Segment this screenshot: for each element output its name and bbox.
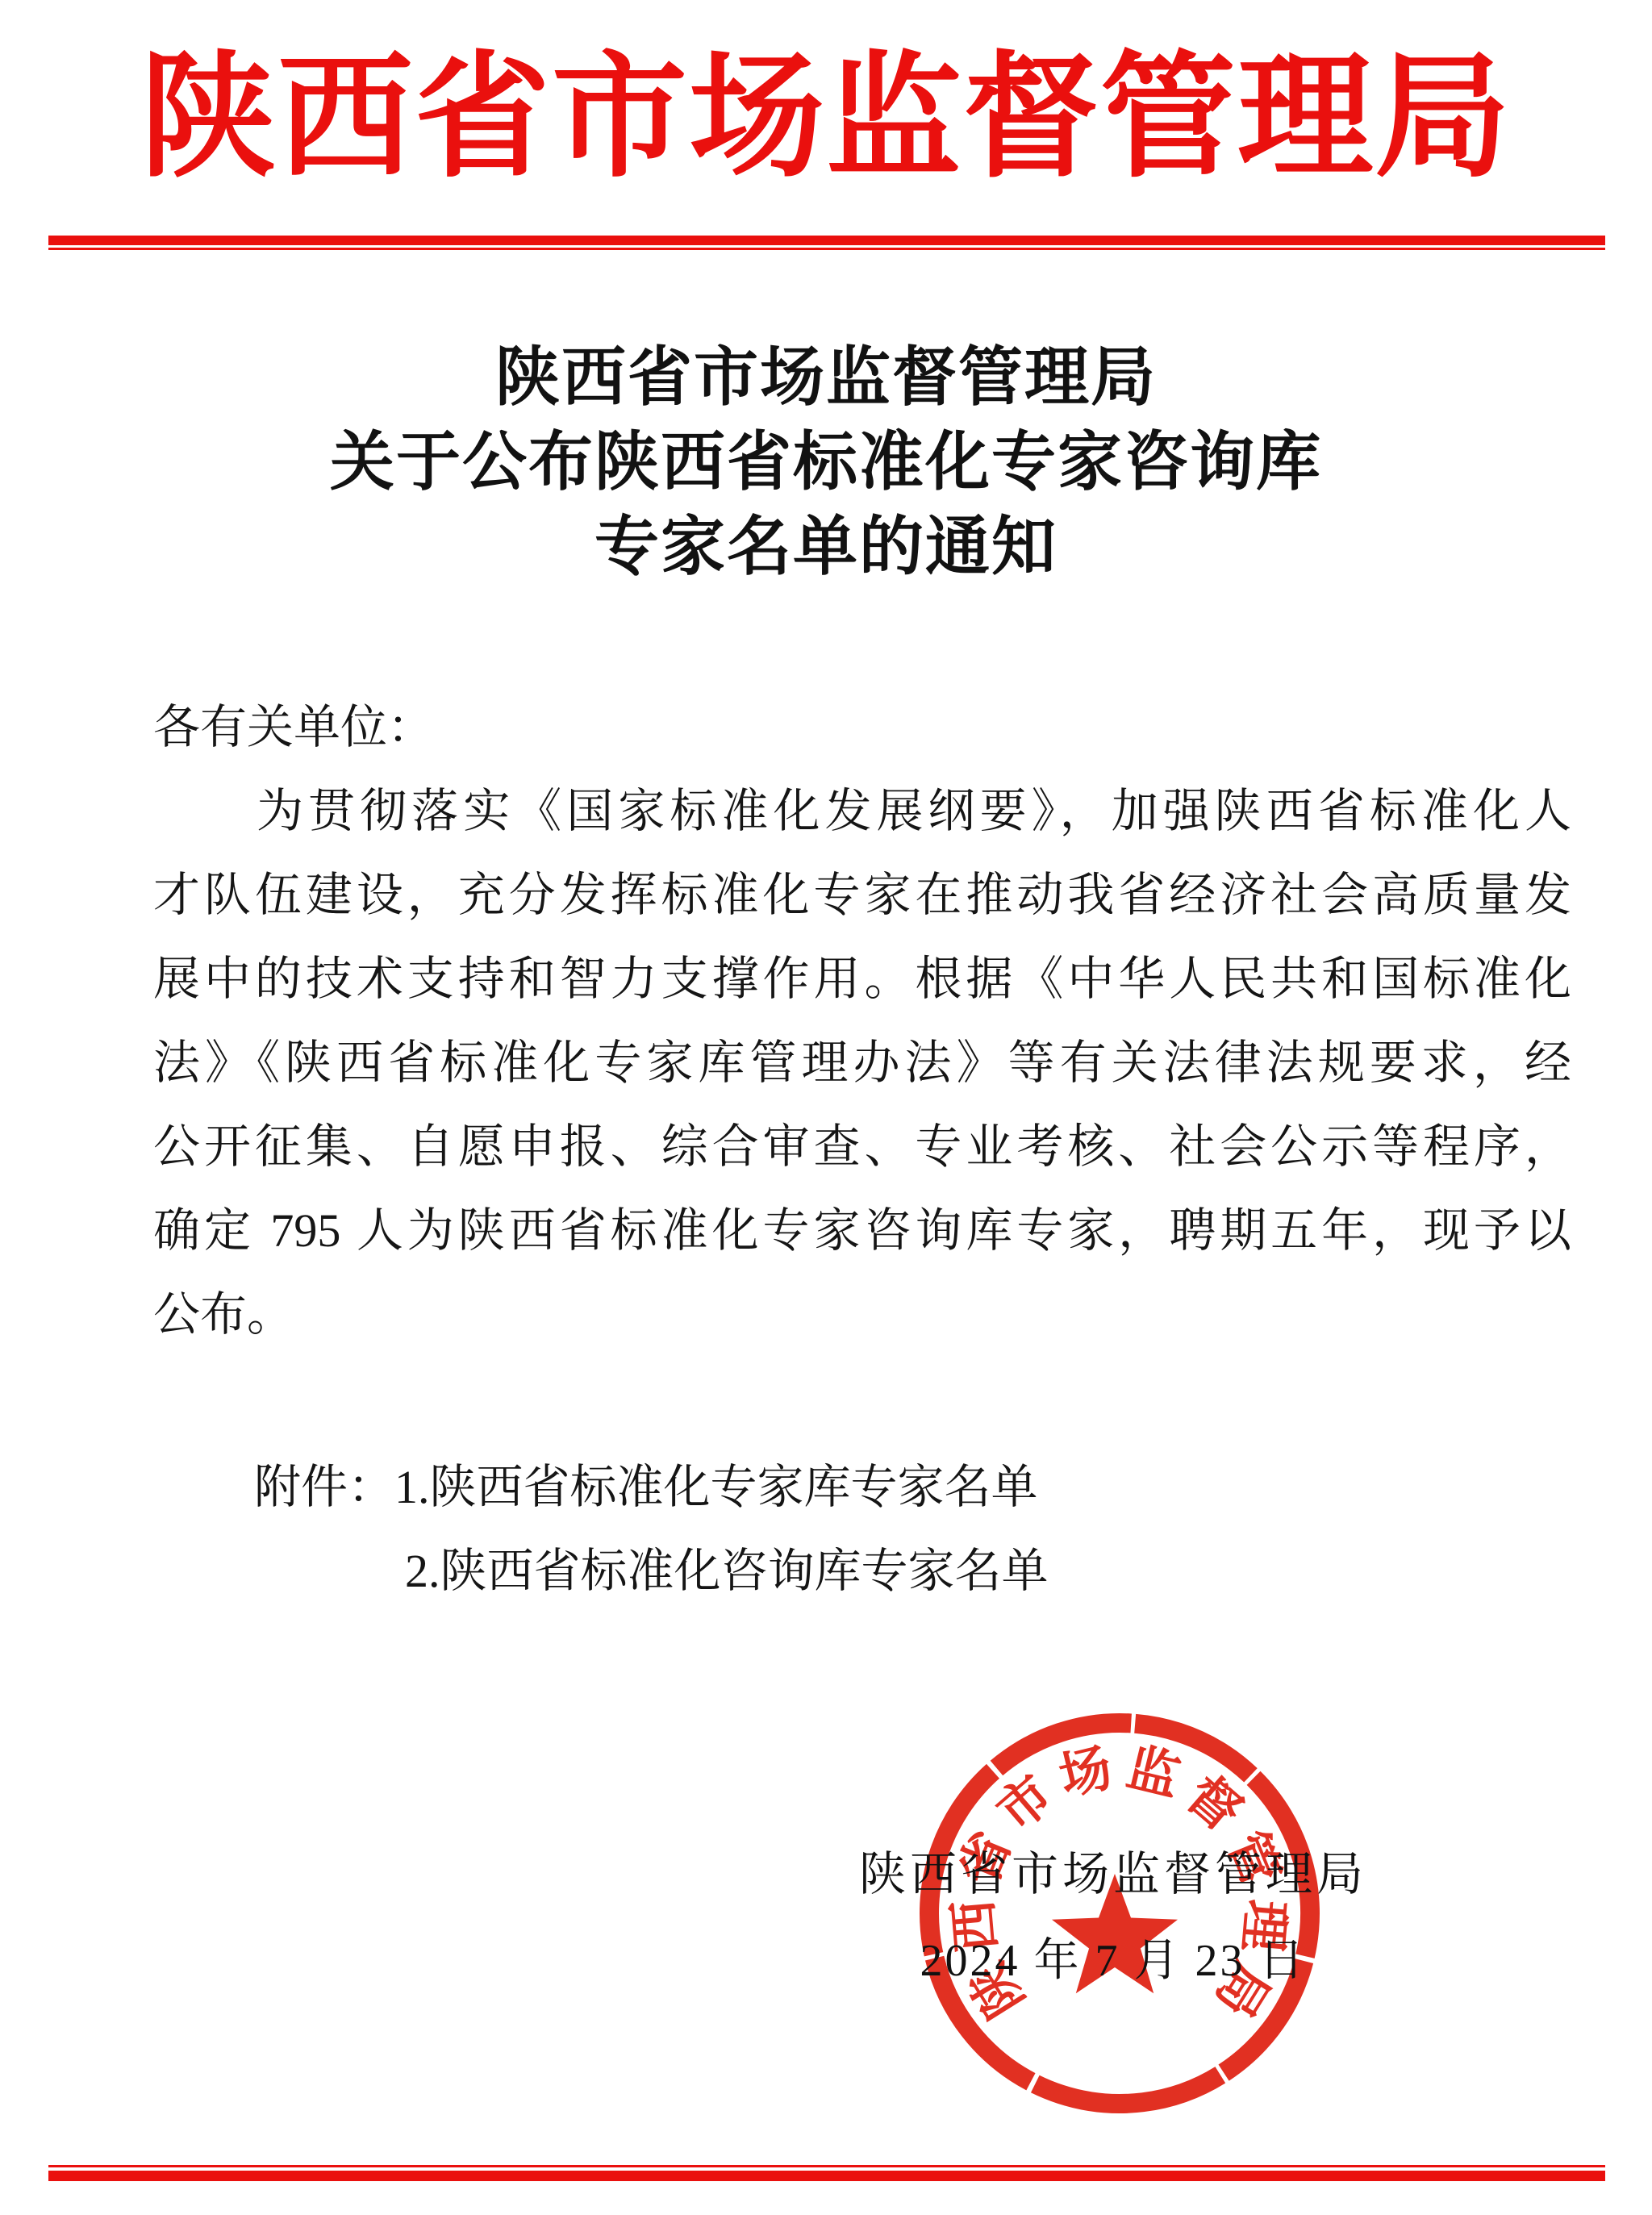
document-title-line-2: 关于公布陕西省标准化专家咨询库 bbox=[0, 421, 1652, 506]
signature-block: 陕西省市场监督管理局 2024 年 7 月 23 日 bbox=[831, 1849, 1395, 1986]
svg-text:监: 监 bbox=[1122, 1738, 1186, 1806]
attachment-item-2: 2.陕西省标准化咨询库专家名单 bbox=[254, 1529, 1571, 1613]
attachment-item-text: 2.陕西省标准化咨询库专家名单 bbox=[405, 1545, 1049, 1597]
svg-text:场: 场 bbox=[1053, 1738, 1117, 1806]
body-line: 法》《陕西省标准化专家库管理办法》等有关法律法规要求，经 bbox=[153, 1021, 1571, 1105]
body-line: 才队伍建设，充分发挥标准化专家在推动我省经济社会高质量发 bbox=[153, 853, 1571, 937]
divider-thin-bar bbox=[48, 248, 1605, 250]
divider-thick-bar bbox=[48, 2171, 1605, 2181]
attachment-item-text: 1.陕西省标准化专家库专家名单 bbox=[394, 1461, 1038, 1513]
salutation-line: 各有关单位： bbox=[153, 686, 1571, 770]
letterhead-agency-name: 陕西省市场监督管理局 bbox=[0, 32, 1652, 206]
attachment-list: 附件：1.陕西省标准化专家库专家名单 2.陕西省标准化咨询库专家名单 bbox=[254, 1445, 1571, 1613]
body-line: 确定 795 人为陕西省标准化专家咨询库专家，聘期五年，现予以 bbox=[153, 1189, 1571, 1273]
signature-agency: 陕西省市场监督管理局 bbox=[831, 1849, 1395, 1900]
divider-thick-bar bbox=[48, 236, 1605, 245]
attachment-item-1: 附件：1.陕西省标准化专家库专家名单 bbox=[254, 1445, 1571, 1529]
body-line: 公开征集、自愿申报、综合审查、专业考核、社会公示等程序， bbox=[153, 1105, 1571, 1189]
signature-date: 2024 年 7 月 23 日 bbox=[831, 1936, 1395, 1986]
body-line: 为贯彻落实《国家标准化发展纲要》，加强陕西省标准化人 bbox=[153, 770, 1571, 853]
header-banner: 陕西省市场监督管理局 bbox=[0, 32, 1652, 206]
document-title: 陕西省市场监督管理局 关于公布陕西省标准化专家咨询库 专家名单的通知 bbox=[0, 336, 1652, 590]
svg-text:市: 市 bbox=[987, 1765, 1064, 1842]
closing-line: 公布。 bbox=[153, 1273, 1571, 1357]
document-title-line-1: 陕西省市场监督管理局 bbox=[0, 336, 1652, 421]
body-line: 展中的技术支持和智力支撑作用。根据《中华人民共和国标准化 bbox=[153, 937, 1571, 1021]
body-paragraph: 各有关单位： 为贯彻落实《国家标准化发展纲要》，加强陕西省标准化人 才队伍建设，… bbox=[153, 686, 1571, 1357]
document-title-line-3: 专家名单的通知 bbox=[0, 506, 1652, 590]
attachment-label: 附件： bbox=[254, 1461, 394, 1513]
